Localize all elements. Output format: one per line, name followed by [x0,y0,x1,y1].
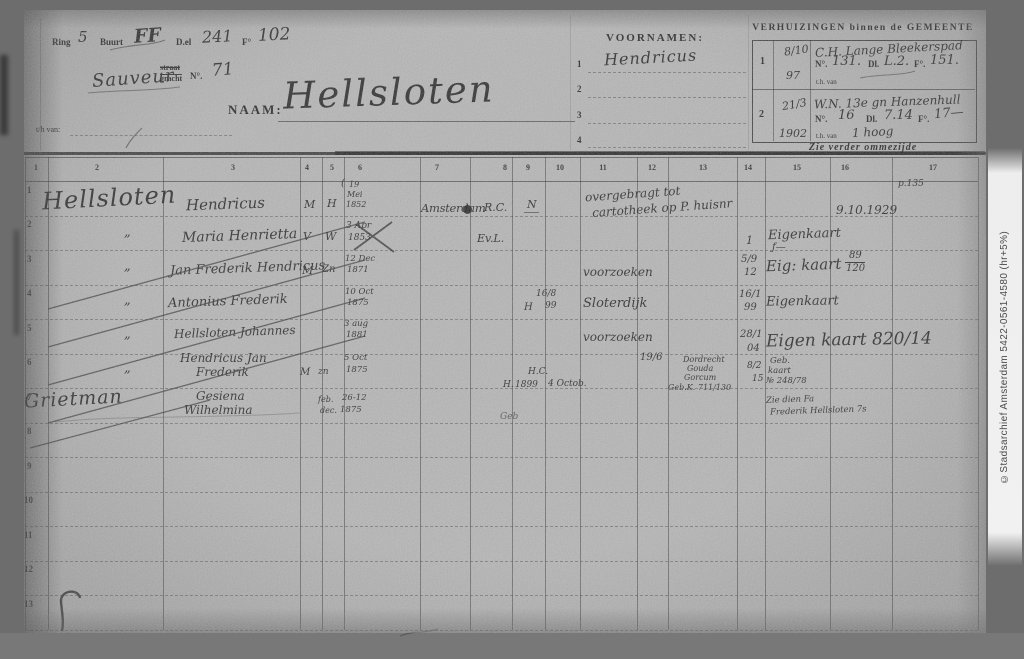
hw-row2-birth-date: 3 Apr [346,222,371,231]
hw-row4-col10-year: 99 [545,302,556,311]
hw-row1-birth-year: 1852 [346,201,366,209]
hw-row3-fraction-bottom: 120 [846,264,865,274]
separator-band-dark [335,151,985,155]
col-header-16: 16 [841,163,849,172]
ditto-mark: „ [124,362,131,375]
hw-row1-col9: N [527,199,537,210]
document-content: Ring 5 Buurt FF D.el 241 F° 102 Sauveur … [0,0,1024,659]
mv-row2-no: 16 [838,109,855,122]
col-header-14: 14 [744,163,752,172]
table-row-line [25,388,978,389]
hw-row3-col14-year: 12 [744,268,757,278]
mv-row1-f: 151. [930,54,959,67]
hw-row4-col9: H [524,303,533,313]
hw-row2-sex: V [303,231,311,242]
hw-row4-firstname: Antonius Frederik [168,293,288,310]
ditto-mark: „ [124,226,131,239]
table-column-line [765,157,766,630]
mv-row1-no: 131. [832,55,861,68]
table-row-line [25,216,978,217]
hw-row7-note-line1: Zie dien Fa [766,395,814,405]
hw-row2-card-flourish: ƒ— [772,243,786,253]
table-row-line [25,319,978,320]
col-header-12: 12 [648,163,656,172]
verhuizingen-title: VERHUIZINGEN binnen de GEMEENTE [752,24,974,34]
mv-row2-th-label: t.h. van [816,133,837,140]
hw-row5-col14-year: 04 [747,344,760,354]
hw-row4-card: Eigenkaart [766,294,839,308]
hw-row4-col14-year: 99 [744,303,757,313]
voornamen-num-3: 3 [577,111,582,120]
mv-row1-dl-label: Dl. [868,60,879,69]
buurt-label: Buurt [100,38,123,47]
hw-row2-birth-year: 1853 [348,234,371,243]
table-column-line [344,157,345,630]
table-column-line [668,157,669,630]
hw-row1-birthplace: Amsterdam [421,203,485,215]
mv-row2-no-label: N°. [815,115,827,124]
hw-row4-col14-date: 16/1 [739,290,761,300]
table-column-line [300,157,301,630]
mv-row2-year: 1902 [779,128,807,139]
row-number-4: 4 [27,288,32,298]
voornamen-line-3 [588,123,746,124]
mv-row2-num: 2 [759,110,764,120]
hw-row7-col8: Geb [500,413,518,422]
hw-row5-birth-date: 3 aug [344,320,368,329]
hw-row2-relation: W [325,231,336,242]
row-number-2: 2 [27,219,32,229]
naam-underline [278,121,575,122]
hw-row6-card-line3: № 248/78 [766,377,807,386]
voornaam-1-value: Hendricus [604,48,698,69]
col-header-3: 3 [231,163,235,172]
col-header-2: 2 [95,163,99,172]
hw-row2-church: Ev.L. [477,233,504,244]
table-column-line [545,157,546,630]
hw-row1-relation: H [327,198,337,209]
hw-row3-note: voorzoeken [583,266,653,278]
hw-row3-col14-date: 5/9 [741,255,757,265]
hw-row3-fraction-top: 89 [849,251,862,261]
row-number-9: 9 [27,461,32,471]
table-column-line [737,157,738,630]
table-row-line [25,423,978,424]
voornamen-num-2: 2 [577,85,582,94]
voornamen-num-1: 1 [577,60,582,69]
table-top-border [25,157,978,158]
table-column-line [163,157,164,630]
ring-label: Ring [52,38,71,47]
section-divider [570,15,571,150]
straat-label: straat [160,64,180,72]
hw-row1-birth-month: Mei [347,191,362,199]
hw-row4-birth-date: 10 Oct [345,288,374,297]
table-row-line [25,250,978,251]
hw-row4-birth-year: 1875 [347,299,369,308]
hw-row7-surname: Grietman [24,387,124,411]
col-header-15: 15 [793,163,801,172]
hw-row1-church: R.C. [484,202,507,213]
hw-row5-col14-date: 28/1 [740,330,762,340]
archive-watermark: ©Stadsarchief Amsterdam 5422-0561-4580 (… [999,148,1010,566]
voornamen-line-1 [588,72,746,73]
col-header-8: 8 [503,163,507,172]
mv-row1-date: 8/10 [783,43,809,57]
mvbox-divider [773,40,774,141]
mvbox-divider [810,40,811,141]
hw-row1-date-1929: 9.10.1929 [836,204,897,216]
ditto-mark: „ [124,260,131,273]
voornamen-line-4 [588,147,746,148]
table-row-line [25,285,978,286]
row-number-8: 8 [27,426,32,436]
voornamen-num-4: 4 [577,136,582,145]
hw-row5-note: voorzoeken [583,331,653,343]
hw-row2-col14: 1 [746,235,753,246]
col-header-11: 11 [599,163,607,172]
vh-van-line [70,135,232,136]
hw-row1-birth-day: 19 [349,181,359,189]
hw-row3-birth-date: 12 Dec [345,255,375,264]
mv-row2-f: 17— [933,106,964,122]
table-column-line [25,157,26,630]
hw-row5-card: Eigen kaart 820/14 [766,331,932,351]
hw-row6-col13-line1: Dordrecht [683,356,725,364]
row-number-6: 6 [27,357,32,367]
col-header-4: 4 [305,163,309,172]
hw-row5-col12: 19/6 [640,353,662,363]
table-column-line [470,157,471,630]
table-column-line [580,157,581,630]
table-row-line [25,354,978,355]
hw-row3-relation: Zn [322,265,335,275]
table-column-line [512,157,513,630]
section-divider [748,15,749,150]
naam-value: Hellsloten [282,70,495,114]
voornamen-label: VOORNAMEN: [606,33,704,44]
gracht-label: gracht [160,74,182,83]
table-column-line [830,157,831,630]
hw-row6-birth-date: 5 Oct [344,354,367,363]
ring-value: 5 [78,30,88,45]
mv-row2-th-value: 1 hoog [852,125,894,139]
hw-row2-firstname: Maria Henrietta [182,227,298,245]
mv-row2-dl: 7.14 [884,109,913,122]
hw-row6-card-line2: kaart [768,367,791,376]
hw-row1-sex: M [304,199,315,210]
folio-value: 102 [258,26,291,45]
mv-row1-th-label: t.h. van [816,79,837,86]
mv-row1-no-label: N°. [815,60,827,69]
mv-row2-f-label: F°. [918,115,929,124]
hw-row6-col13-line3: Gorcum [684,374,716,382]
hw-row1-firstname: Hendricus [186,196,265,214]
table-row-line [25,492,978,493]
table-column-line [322,157,323,630]
hw-row6-relation: zn [318,368,329,377]
hw-row6-col13-line2: Gouda [687,365,713,373]
table-row-line [25,630,978,631]
row-number-3: 3 [27,254,32,264]
hw-row6-card-line1: Geb. [770,357,790,366]
houseno-value: 71 [211,61,234,80]
deel-value: 241 [202,28,233,46]
col-header-13: 13 [699,163,707,172]
hw-row6-sex: M [300,368,310,378]
hw-row7-firstname-line2: Wilhelmina [184,404,253,416]
hw-row1-col9-underline [524,212,539,213]
mv-row1-dl: L.2. [884,55,909,68]
col-header-9: 9 [526,163,530,172]
hw-row7-col5-line1: feb. [318,396,333,404]
row-number-1: 1 [27,185,32,195]
hw-row5-birth-year: 1881 [346,331,368,340]
houseno-label: N°. [190,72,202,81]
mvbox-row-divider [752,89,975,90]
hw-row6-col14-date: 8/2 [747,362,761,371]
hw-row7-firstname-line1: Gesiena [196,390,245,402]
table-column-line [48,157,49,630]
hw-row3-sex: M [302,265,313,276]
hw-row6-col14-year: 15 [752,375,763,384]
col-header-10: 10 [556,163,564,172]
ditto-mark: „ [124,328,131,341]
table-column-line [892,157,893,630]
hw-row3-birth-year: 1871 [347,266,369,275]
table-row-line [25,457,978,458]
table-column-line [637,157,638,630]
mv-row1-year: 97 [786,70,800,81]
col-header-1: 1 [34,163,38,172]
hw-row7-note-line2: Frederik Hellsloten 7s [770,405,867,417]
row-number-5: 5 [27,323,32,333]
hw-row6-firstname-line2: Frederik [196,366,249,378]
table-row-line [25,561,978,562]
mv-row1-num: 1 [760,57,765,67]
hw-row7-birth-date: 26-12 [342,394,367,403]
table-column-line [978,157,979,630]
col-header-5: 5 [330,163,334,172]
col-header-17: 17 [929,163,937,172]
buurt-value: FF [133,26,161,47]
deel-label: D.el [176,38,191,47]
voornamen-line-2 [588,97,746,98]
folio-label: F° [242,38,251,47]
mv-row1-f-label: F°. [914,60,925,69]
col-header-7: 7 [435,163,439,172]
hw-row4-col10-date: 16/8 [536,290,556,299]
watermark-strip: ©Stadsarchief Amsterdam 5422-0561-4580 (… [988,148,1022,566]
hw-row6-birth-year: 1875 [346,366,368,375]
hw-corner-note: p.135 [898,180,924,189]
page-fold-line [40,18,41,150]
mv-row2-dl-label: Dl. [866,115,877,124]
table-row-line [25,595,978,596]
table-column-line [420,157,421,630]
table-row-line [25,526,978,527]
col-header-6: 6 [358,163,362,172]
hw-row5-firstname: Hellsloten Johannes [174,324,296,340]
ditto-mark: „ [124,294,131,307]
hw-row1-surname: Hellsloten [41,183,176,214]
scanned-population-register: { "watermark": "©Stadsarchief Amsterdam … [0,0,1024,659]
naam-label: NAAM: [228,103,283,116]
